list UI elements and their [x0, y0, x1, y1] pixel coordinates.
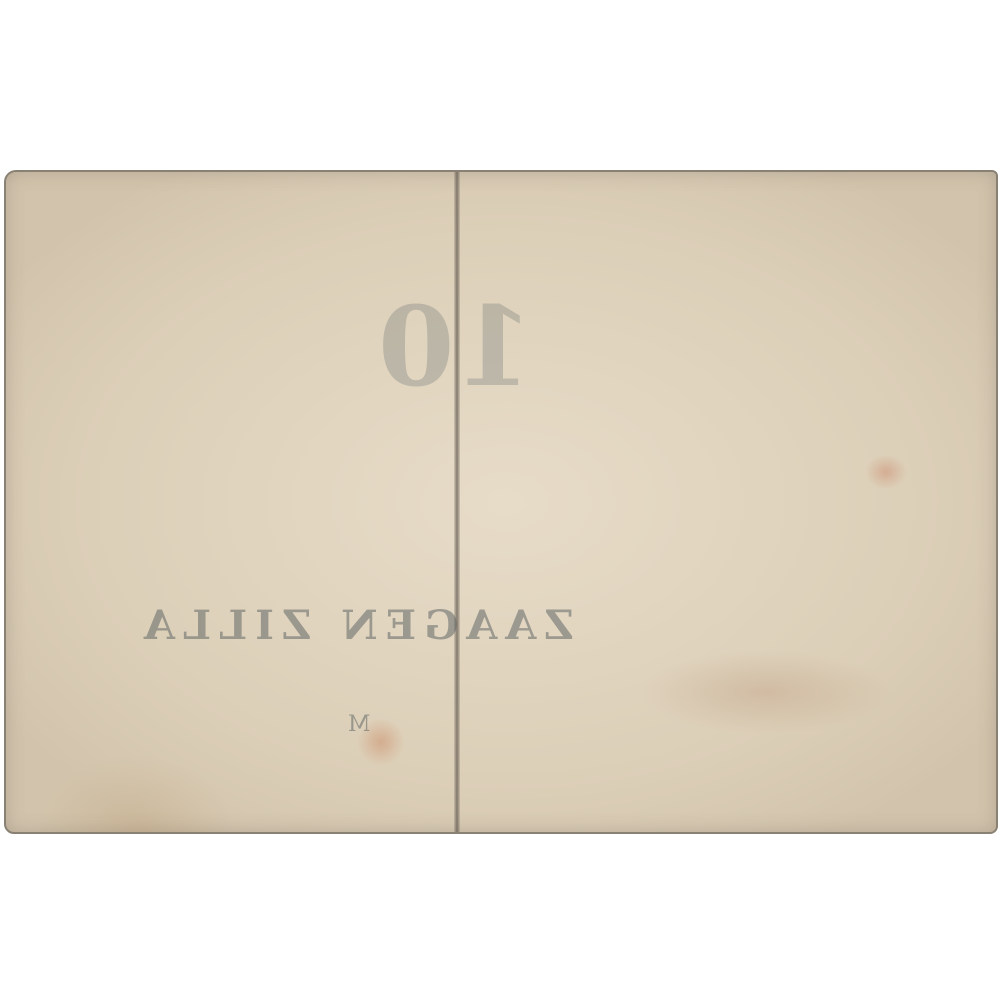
banknote: 10 ZAAGEN ZILLA M	[4, 170, 998, 834]
heading-bleed-through: ZAAGEN ZILLA	[136, 602, 574, 649]
center-fold-crease	[454, 172, 460, 832]
denomination-bleed-through: 10	[376, 282, 533, 411]
letter-bleed-through: M	[346, 712, 371, 737]
